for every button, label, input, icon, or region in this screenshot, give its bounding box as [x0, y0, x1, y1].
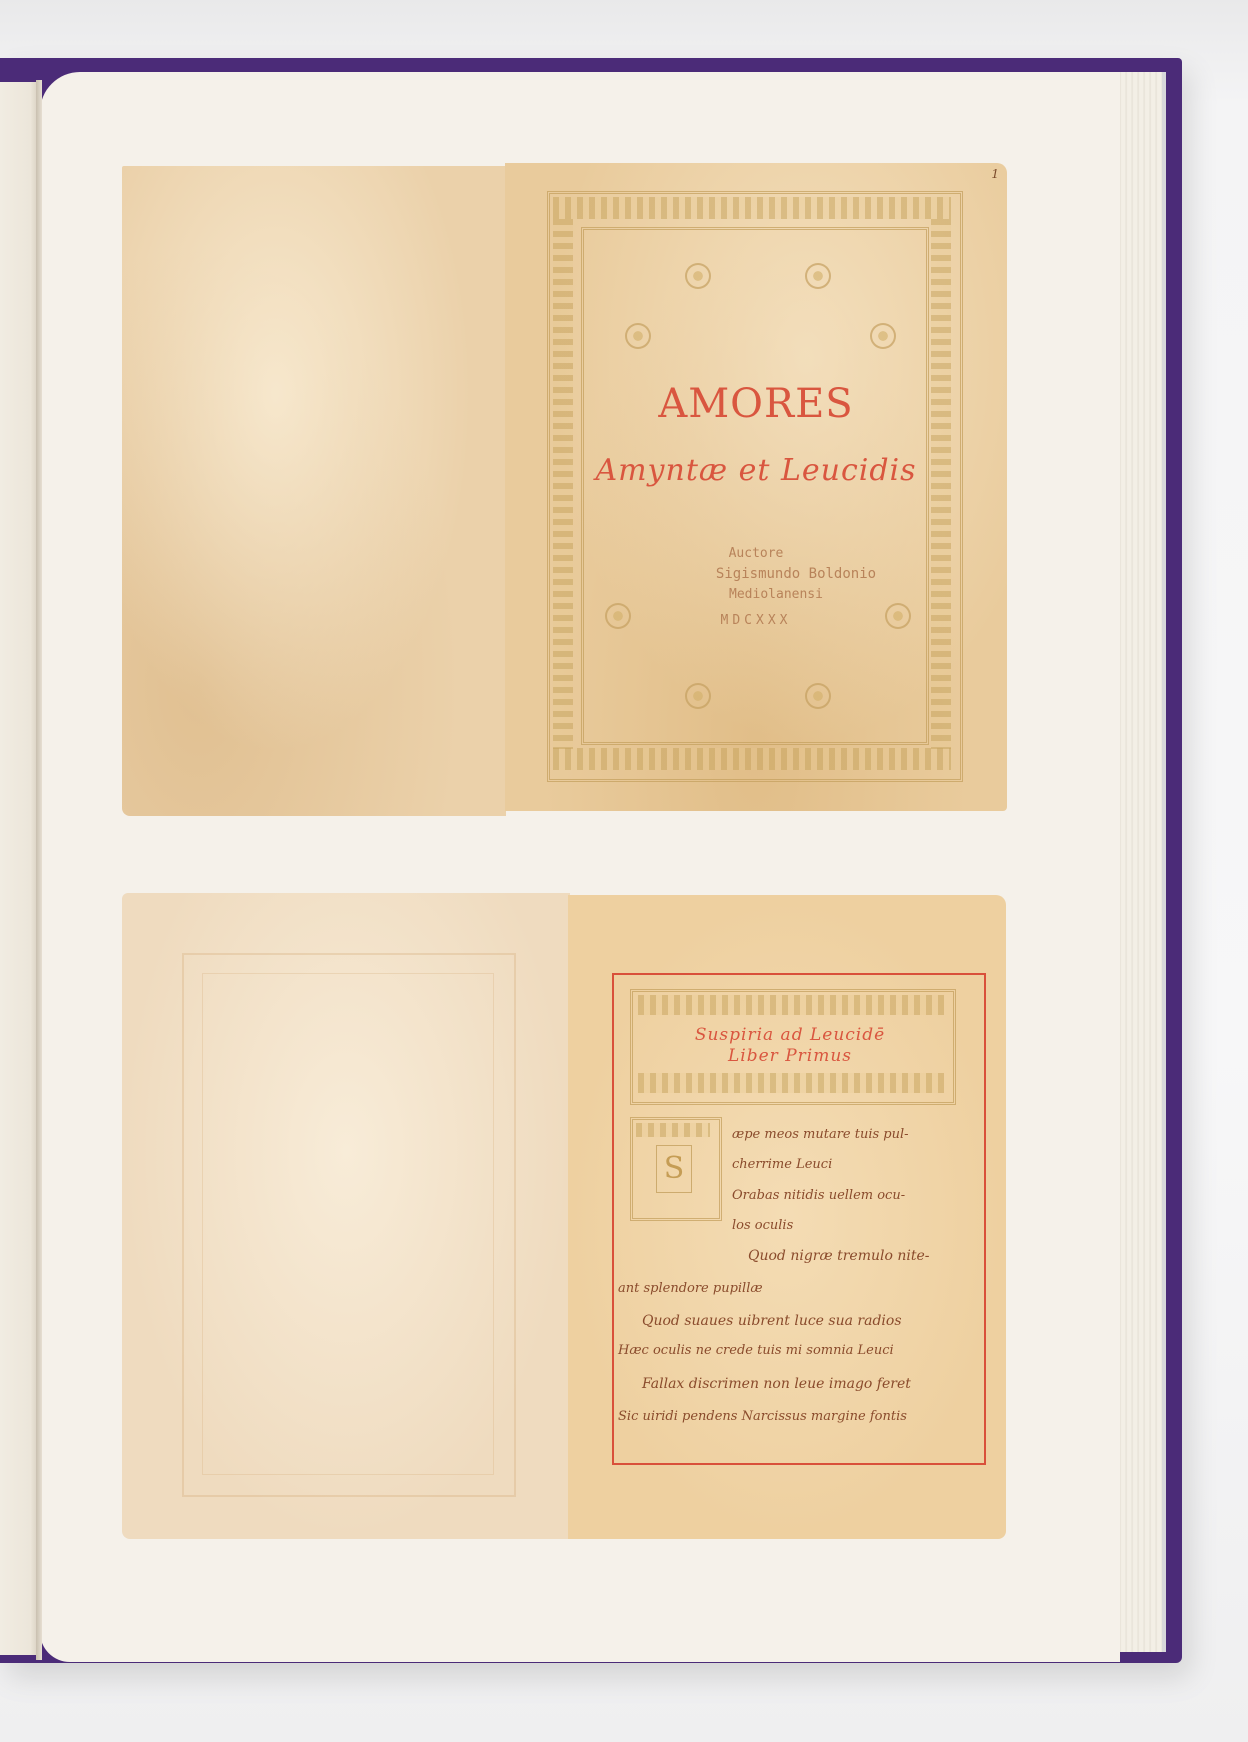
verse-line: Orabas nitidis uellem ocu- [732, 1188, 905, 1203]
verse-line: ant splendore pupillæ [618, 1281, 763, 1296]
rosette-ornament [685, 683, 711, 709]
top-plate-title-page: 1 AMORES Amyntæ et Leucidis Auctore Sigi… [505, 163, 1007, 811]
verse-line: Quod nigræ tremulo nite- [748, 1248, 929, 1264]
header-gilt-band-bottom [638, 1073, 944, 1093]
author-line: MDCXXX [505, 613, 1007, 628]
verse-line: Quod suaues uibrent luce sua radios [642, 1313, 902, 1329]
author-line: Mediolanensi [525, 587, 1027, 602]
blind-tooled-frame-inner [202, 973, 494, 1475]
gilt-band-bottom [553, 748, 951, 770]
author-line: Sigismundo Boldonio [545, 566, 1047, 582]
manuscript-title: AMORES [505, 381, 1007, 427]
manuscript-subtitle: Amyntæ et Leucidis [505, 453, 1007, 488]
book-header-line2: Liber Primus [630, 1046, 950, 1066]
verse-line: Fallax discrimen non leue imago feret [642, 1376, 911, 1392]
initial-gilt-band [636, 1123, 710, 1137]
verse-line: Hæc oculis ne crede tuis mi somnia Leuci [618, 1343, 894, 1358]
bottom-plate-text-page: Suspiria ad Leucidē Liber Primus S æpe m… [568, 895, 1006, 1539]
verse-line: Sic uiridi pendens Narcissus margine fon… [618, 1409, 907, 1424]
left-facing-page [0, 82, 38, 1655]
verse-line: los oculis [732, 1218, 793, 1233]
rosette-ornament [805, 263, 831, 289]
bottom-plate-left-leaf [122, 893, 570, 1539]
rosette-ornament [625, 323, 651, 349]
book-gutter [36, 80, 42, 1660]
folio-number: 1 [991, 167, 999, 181]
rosette-ornament [870, 323, 896, 349]
book-header-line1: Suspiria ad Leucidē [630, 1025, 950, 1045]
top-plate-left-leaf [122, 166, 506, 816]
author-line: Auctore [505, 546, 1007, 561]
verse-line: cherrime Leuci [732, 1157, 832, 1172]
initial-letter: S [656, 1145, 692, 1193]
rosette-ornament [805, 683, 831, 709]
rosette-ornament [685, 263, 711, 289]
verse-line: æpe meos mutare tuis pul- [732, 1127, 909, 1142]
header-gilt-band-top [638, 995, 944, 1015]
gilt-band-top [553, 197, 951, 219]
